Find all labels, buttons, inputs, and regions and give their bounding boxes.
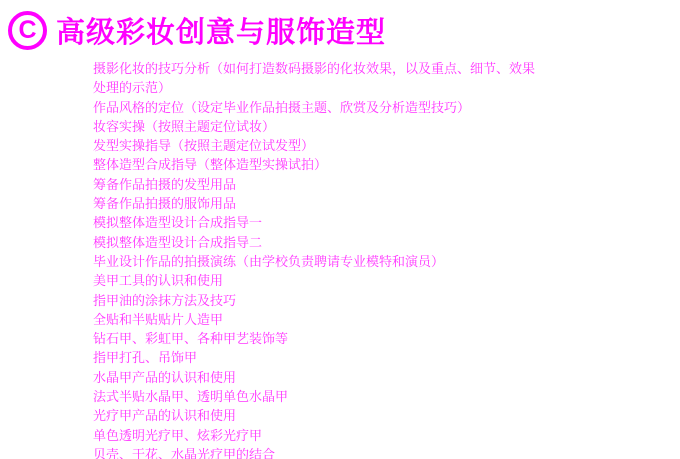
syllabus-line: 法式半贴水晶甲、透明单色水晶甲	[93, 387, 680, 406]
syllabus-line: 单色透明光疗甲、炫彩光疗甲	[93, 426, 680, 445]
syllabus-line: 筹备作品拍摄的发型用品	[93, 175, 680, 194]
syllabus-line: 水晶甲产品的认识和使用	[93, 368, 680, 387]
syllabus-line: 摄影化妆的技巧分析（如何打造数码摄影的化妆效果，以及重点、细节、效果	[93, 59, 680, 78]
syllabus-line: 筹备作品拍摄的服饰用品	[93, 194, 680, 213]
copyright-icon-letter: C	[18, 18, 36, 43]
syllabus-line: 光疗甲产品的认识和使用	[93, 406, 680, 425]
syllabus-line: 模拟整体造型设计合成指导二	[93, 233, 680, 252]
syllabus-list: 摄影化妆的技巧分析（如何打造数码摄影的化妆效果，以及重点、细节、效果 处理的示范…	[93, 59, 680, 459]
syllabus-line: 全贴和半贴贴片人造甲	[93, 310, 680, 329]
syllabus-line: 处理的示范）	[93, 78, 680, 97]
syllabus-line: 指甲油的涂抹方法及技巧	[93, 291, 680, 310]
syllabus-line: 钻石甲、彩虹甲、各种甲艺装饰等	[93, 329, 680, 348]
syllabus-line: 指甲打孔、吊饰甲	[93, 348, 680, 367]
syllabus-line: 整体造型合成指导（整体造型实操试拍）	[93, 155, 680, 174]
syllabus-line: 美甲工具的认识和使用	[93, 271, 680, 290]
syllabus-line: 模拟整体造型设计合成指导一	[93, 213, 680, 232]
page-header: C 高级彩妆创意与服饰造型	[8, 10, 680, 50]
syllabus-line: 作品风格的定位（设定毕业作品拍摄主题、欣赏及分析造型技巧）	[93, 98, 680, 117]
syllabus-line: 毕业设计作品的拍摄演练（由学校负责聘请专业模特和演员）	[93, 252, 680, 271]
syllabus-line: 发型实操指导（按照主题定位试发型）	[93, 136, 680, 155]
syllabus-line: 贝壳、干花、水晶光疗甲的结合	[93, 445, 680, 459]
copyright-icon: C	[8, 11, 47, 50]
syllabus-line: 妆容实操（按照主题定位试妆）	[93, 117, 680, 136]
page-title: 高级彩妆创意与服饰造型	[56, 10, 386, 51]
